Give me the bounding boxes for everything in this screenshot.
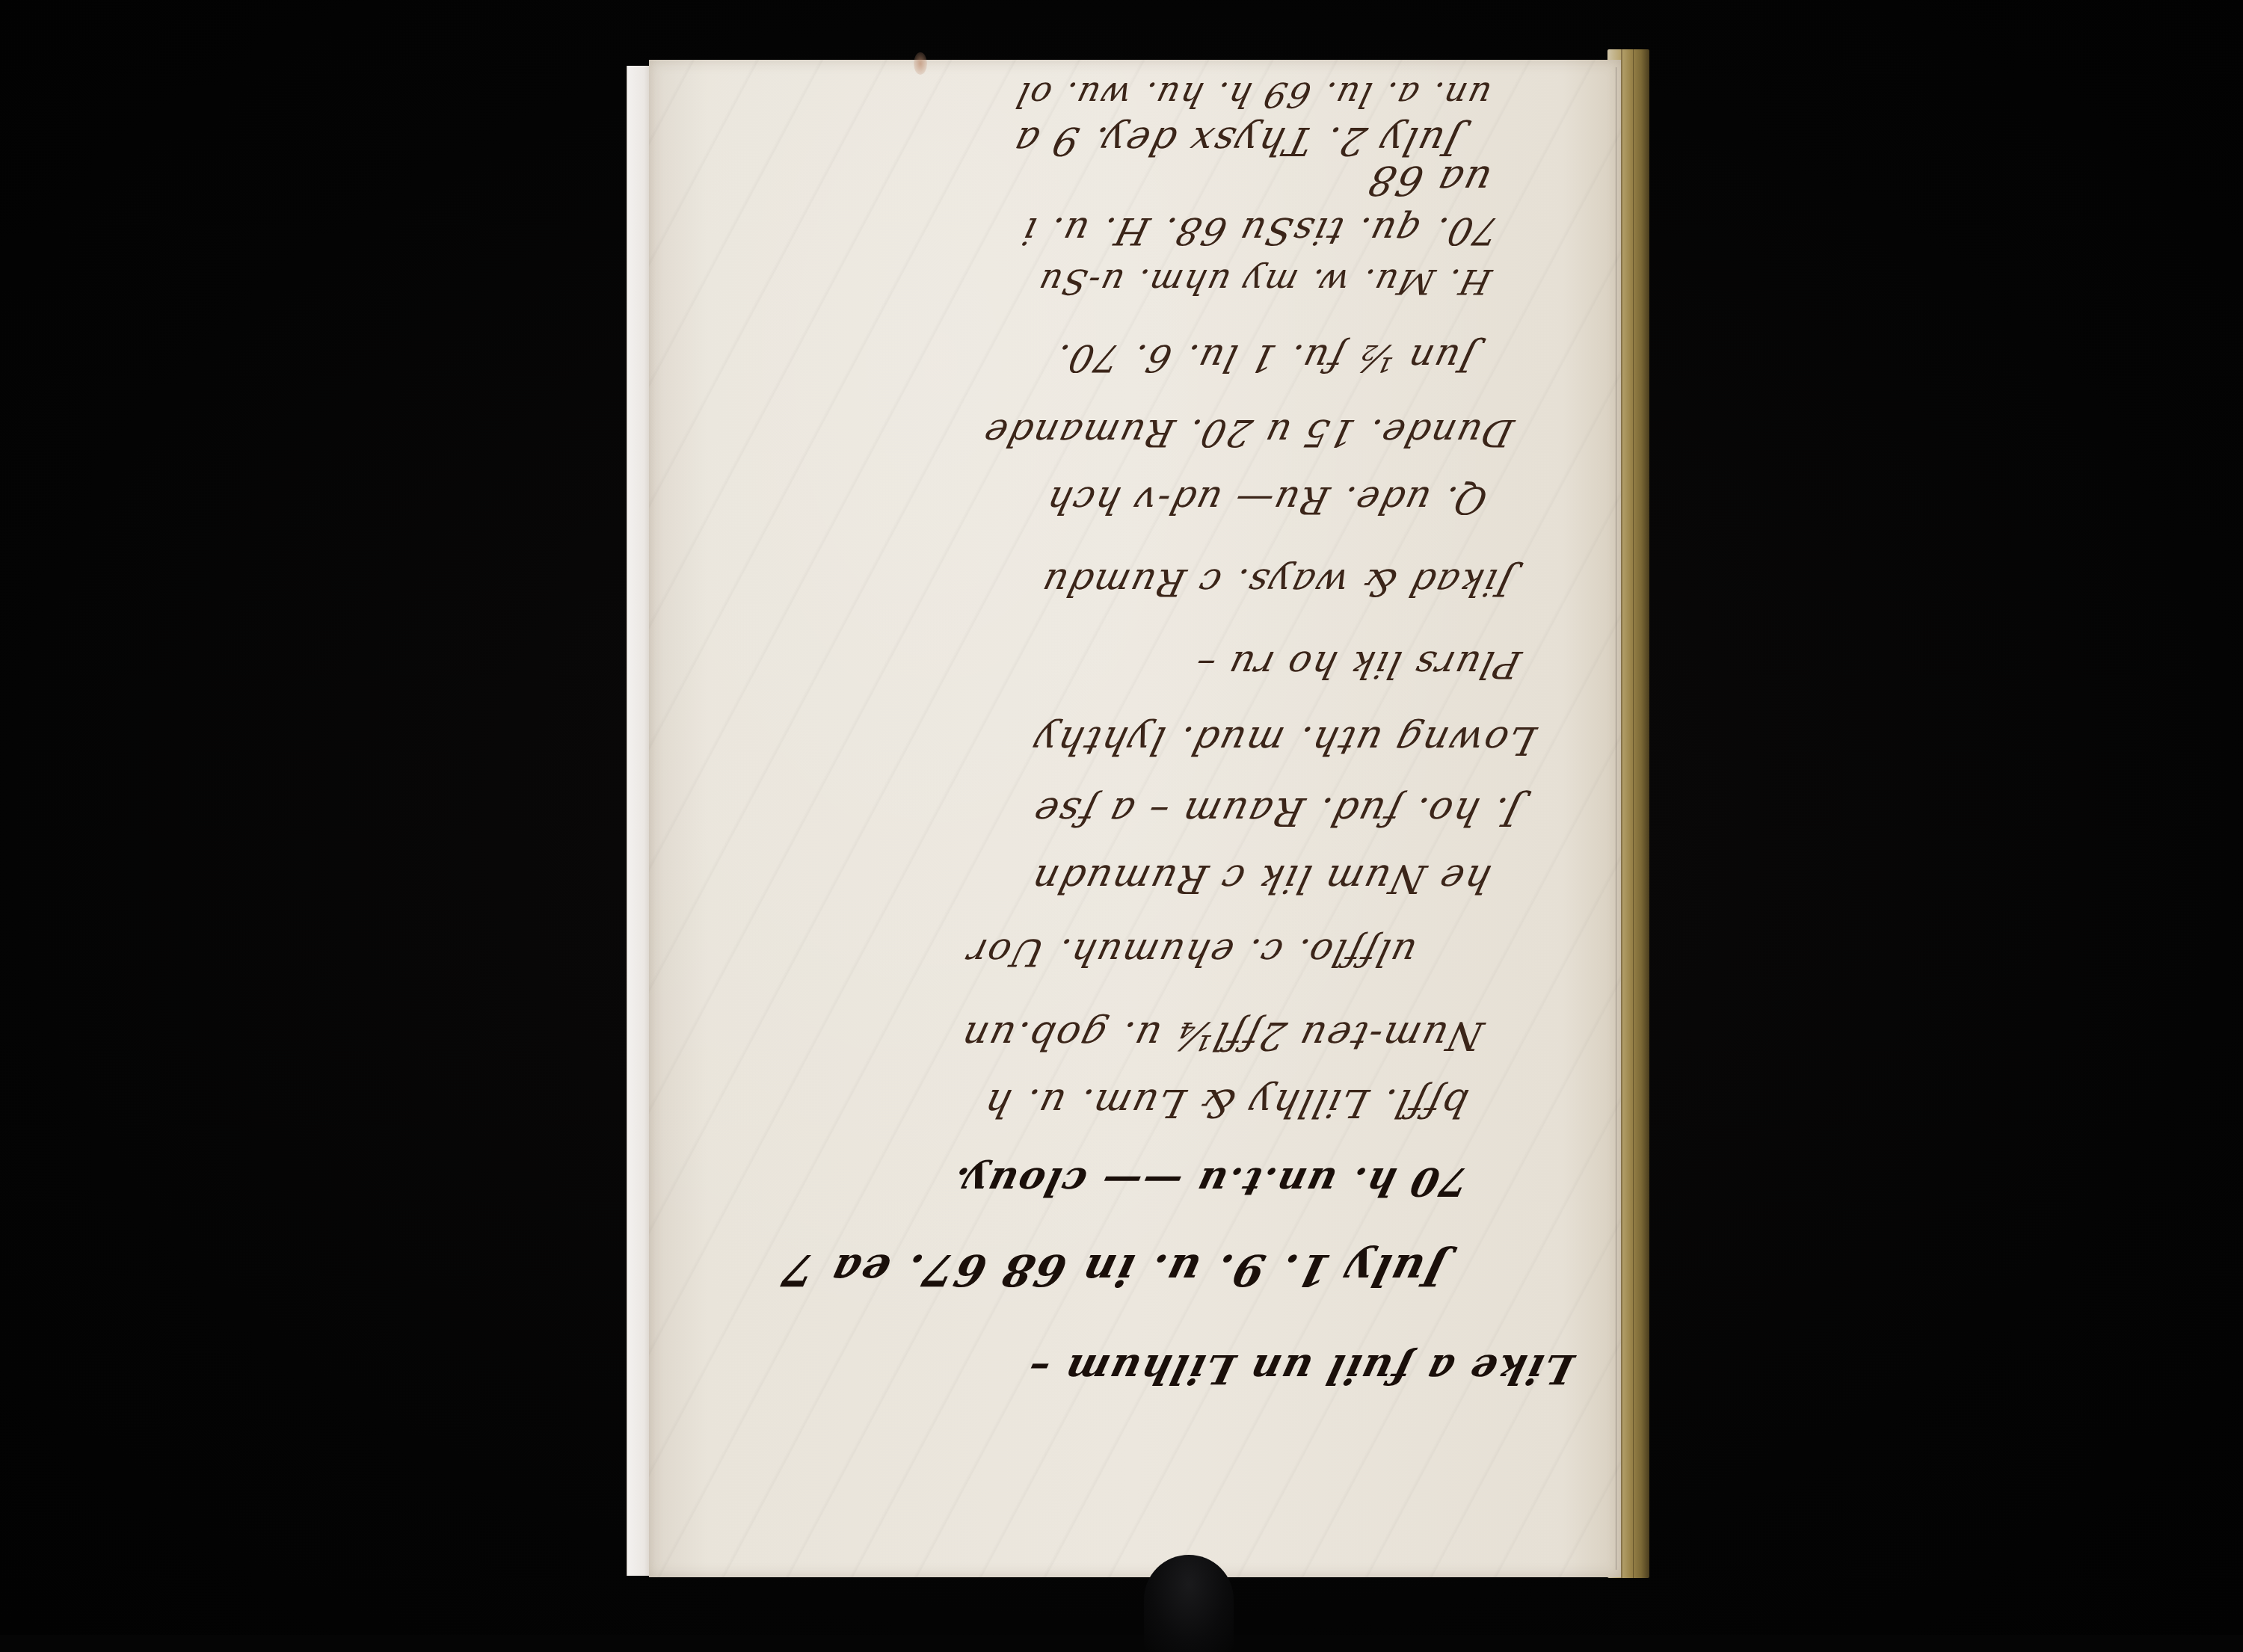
manuscript-line: bffl. Lillhy & Lum. u. h — [979, 1080, 1474, 1125]
manuscript-line: he Num lik c Rumudn — [1027, 856, 1496, 901]
photo-background: un. a. lu. 69 h. hu. wu. ol July 2. Thys… — [0, 0, 2243, 1635]
paper-stain — [914, 52, 927, 75]
manuscript-page: un. a. lu. 69 h. hu. wu. ol July 2. Thys… — [649, 60, 1621, 1577]
manuscript-line: J. ho. fud. Raum – a fse — [1027, 789, 1525, 833]
manuscript-line: ulfflo. c. ehumuh. Uor — [961, 931, 1421, 974]
manuscript-line: ua 68 — [1362, 157, 1496, 204]
manuscript-line: Dunde. 15 u 20. Rumande — [978, 411, 1518, 454]
handwritten-text-block: un. a. lu. 69 h. hu. wu. ol July 2. Thys… — [649, 60, 1621, 1577]
manuscript-line: Jun ½ fu. 1 lu. 6. 70. — [1050, 336, 1480, 380]
manuscript-line: 70 h. un.t.u —— clouy. — [947, 1159, 1474, 1204]
manuscript-line: July 1. 9. u. in 68 67. ea 7 — [776, 1245, 1452, 1295]
manuscript-line: Lowng uth. mud. lyhthy — [1028, 718, 1541, 762]
manuscript-line: July 2. Thysx dey. 9 a — [1008, 118, 1465, 163]
manuscript-line: Q. ude. Ru— ud-v hch — [1040, 478, 1492, 522]
manuscript-line: H. Mu. w. my uhm. u-Su — [1033, 262, 1495, 302]
manuscript-line: Like a fuil un Lilhum – — [1021, 1346, 1578, 1393]
manuscript-line: un. a. lu. 69 h. hu. wu. ol — [1011, 75, 1495, 115]
manuscript-line: 70. qu. tisSu 68. H. u. i — [1016, 209, 1503, 253]
manuscript-line: Jikad & ways. c Rumdu — [1036, 561, 1519, 604]
manuscript-line: Plurs lik ho ru – — [1190, 643, 1525, 686]
flyleaf-edge — [627, 66, 651, 1576]
manuscript-line: Num-teu 2ffl¼ u. gob.un — [956, 1013, 1489, 1058]
